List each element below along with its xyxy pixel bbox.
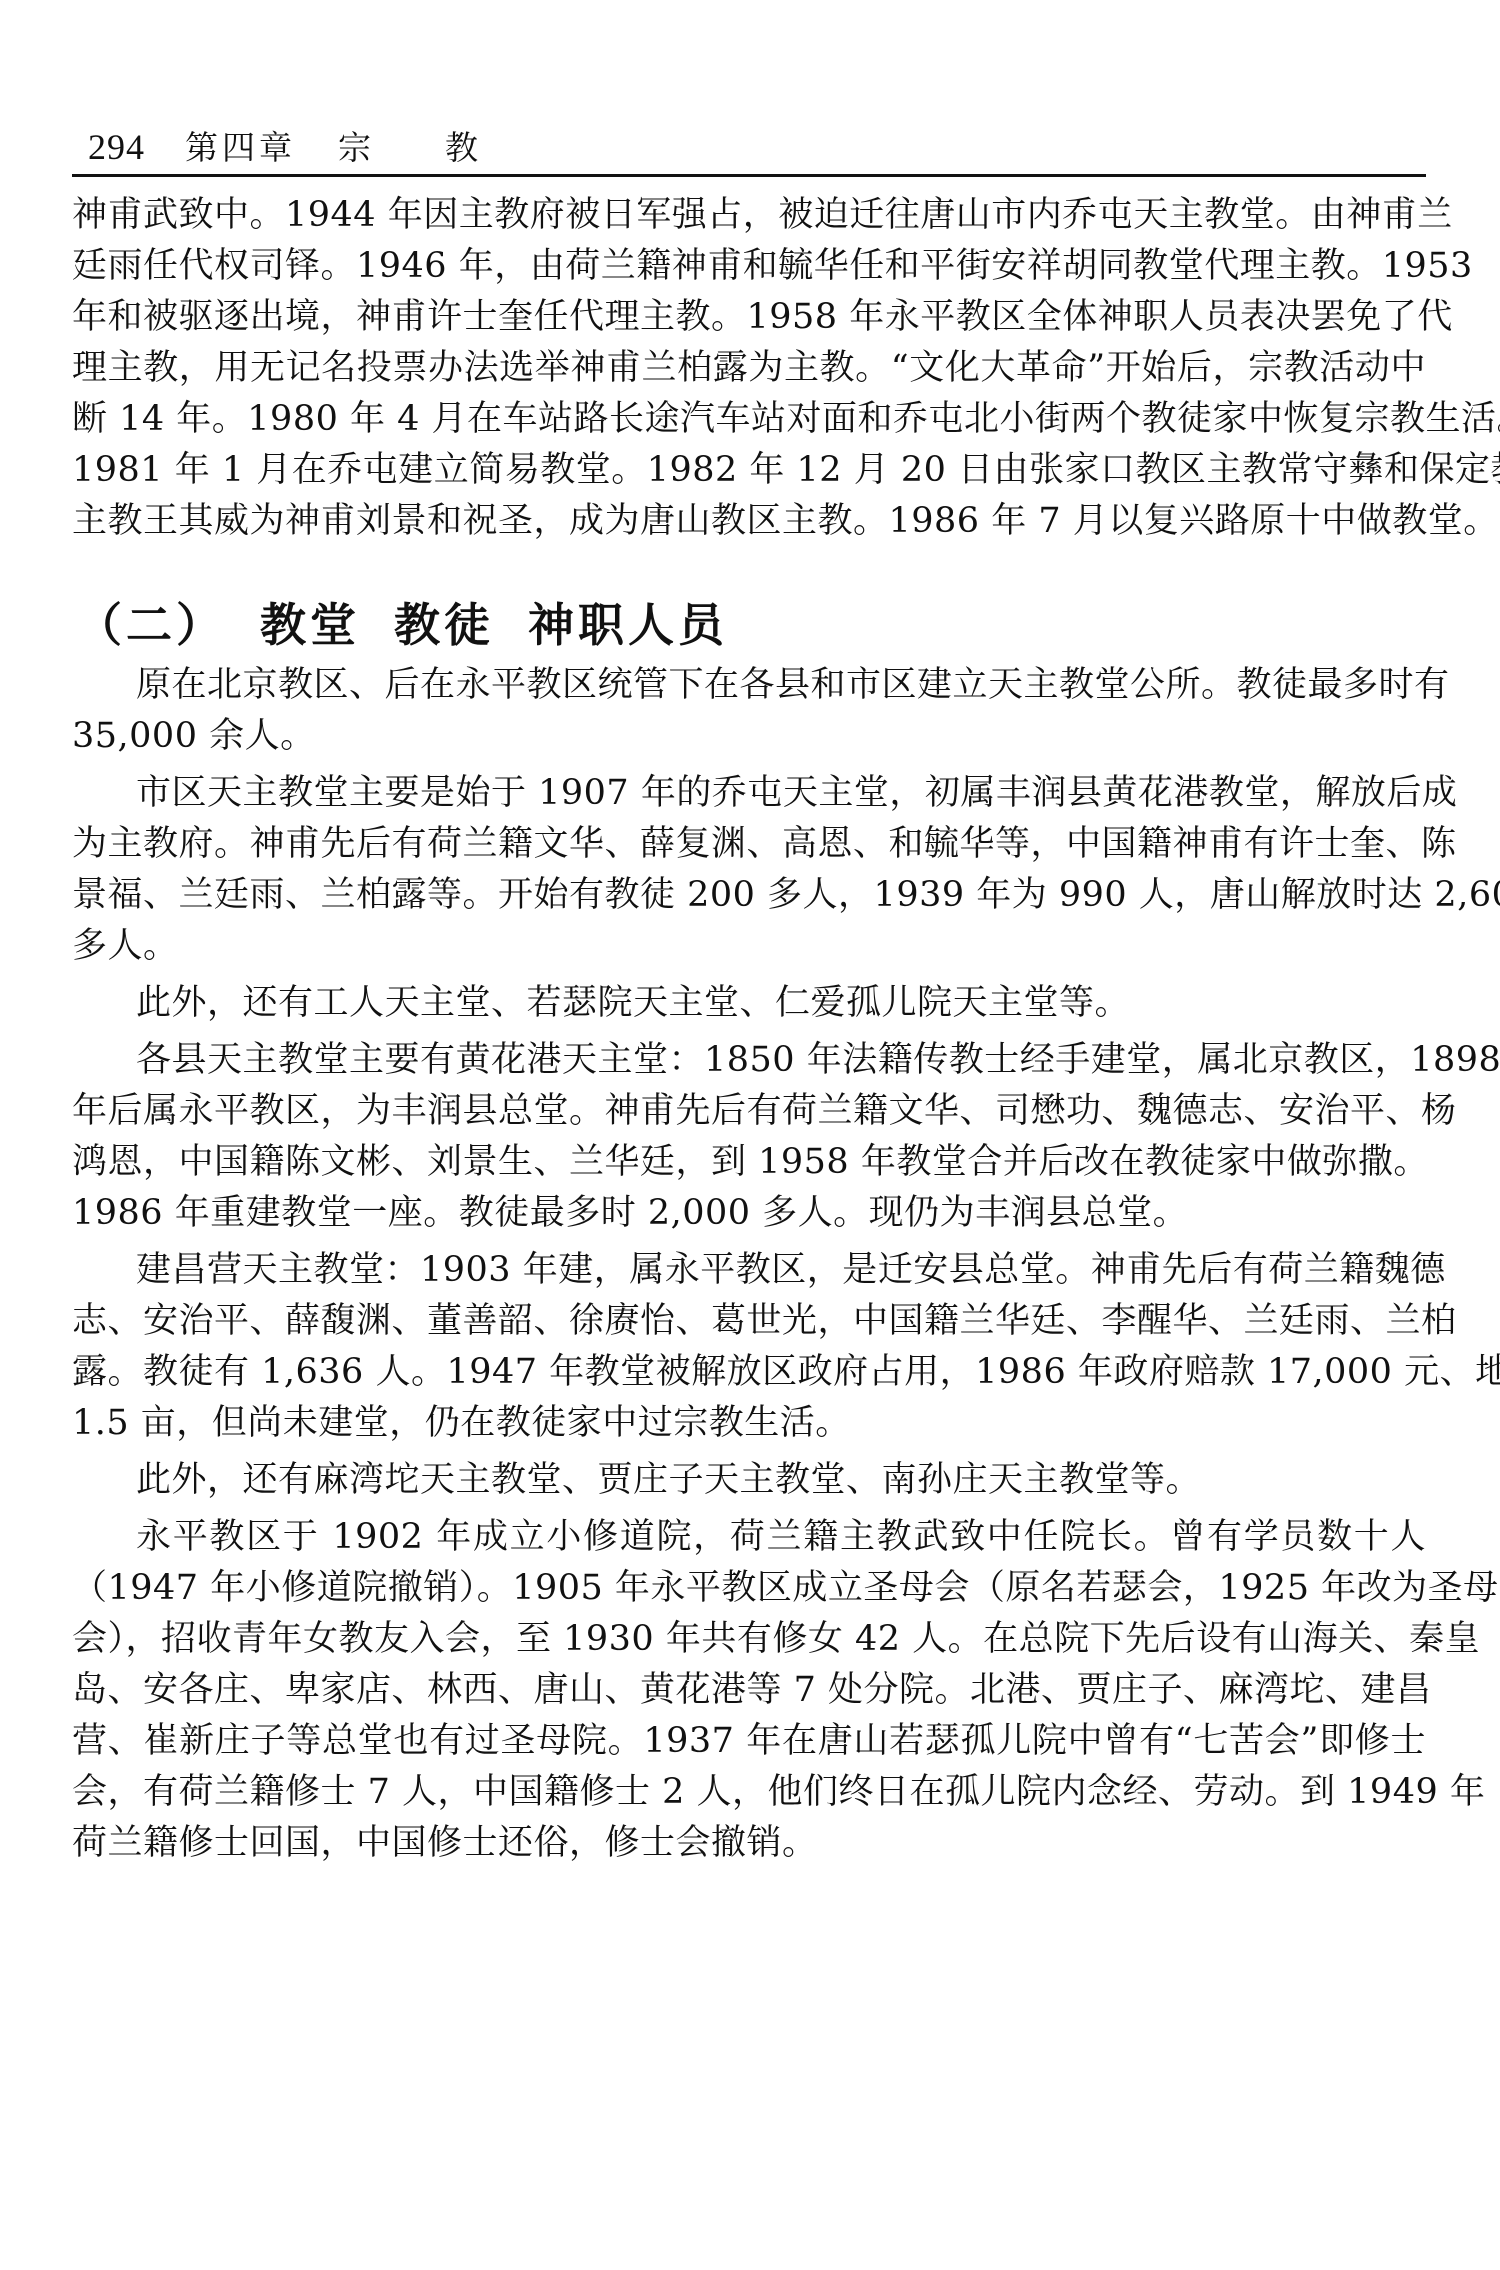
section-heading-part: 教徒 bbox=[394, 598, 494, 652]
text-line: 廷雨任代权司铎。1946 年，由荷兰籍神甫和毓华任和平街安祥胡同教堂代理主教。1… bbox=[72, 241, 1426, 292]
paragraph: 原在北京教区、后在永平教区统管下在各县和市区建立天主教堂公所。教徒最多时有 35… bbox=[72, 660, 1426, 762]
chapter-title-char-2: 教 bbox=[445, 122, 478, 169]
text-line: 年后属永平教区，为丰润县总堂。神甫先后有荷兰籍文华、司懋功、魏德志、安治平、杨 bbox=[72, 1086, 1426, 1137]
text-line: 神甫武致中。1944 年因主教府被日军强占，被迫迁往唐山市内乔屯天主教堂。由神甫… bbox=[72, 190, 1426, 241]
text-line: 原在北京教区、后在永平教区统管下在各县和市区建立天主教堂公所。教徒最多时有 bbox=[72, 660, 1426, 711]
text-line: 永平教区于 1902 年成立小修道院，荷兰籍主教武致中任院长。曾有学员数十人 bbox=[72, 1512, 1426, 1563]
text-line: 露。教徒有 1,636 人。1947 年教堂被解放区政府占用，1986 年政府赔… bbox=[72, 1347, 1426, 1398]
paragraph: 市区天主教堂主要是始于 1907 年的乔屯天主堂，初属丰润县黄花港教堂，解放后成… bbox=[72, 768, 1426, 972]
paragraph: 此外，还有工人天主堂、若瑟院天主堂、仁爱孤儿院天主堂等。 bbox=[72, 978, 1426, 1029]
text-line: 市区天主教堂主要是始于 1907 年的乔屯天主堂，初属丰润县黄花港教堂，解放后成 bbox=[72, 768, 1426, 819]
text-line: 会），招收青年女教友入会，至 1930 年共有修女 42 人。在总院下先后设有山… bbox=[72, 1614, 1426, 1665]
text-line: 志、安治平、薛馥渊、董善韶、徐赓怡、葛世光，中国籍兰华廷、李醒华、兰廷雨、兰柏 bbox=[72, 1296, 1426, 1347]
page-number: 294 bbox=[88, 126, 145, 168]
section-heading-part: 神职人员 bbox=[528, 598, 728, 652]
paragraph: 此外，还有麻湾坨天主教堂、贾庄子天主教堂、南孙庄天主教堂等。 bbox=[72, 1455, 1426, 1506]
intro-paragraph: 神甫武致中。1944 年因主教府被日军强占，被迫迁往唐山市内乔屯天主教堂。由神甫… bbox=[72, 190, 1426, 547]
text-line: 建昌营天主教堂：1903 年建，属永平教区，是迁安县总堂。神甫先后有荷兰籍魏德 bbox=[72, 1245, 1426, 1296]
header-rule bbox=[72, 174, 1426, 177]
chapter-title-char-1: 宗 bbox=[338, 122, 371, 169]
text-line: 35,000 余人。 bbox=[72, 711, 1426, 762]
text-line: 1.5 亩，但尚未建堂，仍在教徒家中过宗教生活。 bbox=[72, 1398, 1426, 1449]
section-heading: （二）教堂教徒神职人员 bbox=[76, 590, 762, 660]
text-line: 各县天主教堂主要有黄花港天主堂：1850 年法籍传教士经手建堂，属北京教区，18… bbox=[72, 1035, 1426, 1086]
text-line: 营、崔新庄子等总堂也有过圣母院。1937 年在唐山若瑟孤儿院中曾有“七苦会”即修… bbox=[72, 1716, 1426, 1767]
running-header: 294 第四章 宗 教 bbox=[88, 122, 478, 172]
text-line: 多人。 bbox=[72, 921, 1426, 972]
text-line: 年和被驱逐出境，神甫许士奎任代理主教。1958 年永平教区全体神职人员表决罢免了… bbox=[72, 292, 1426, 343]
paragraph: 永平教区于 1902 年成立小修道院，荷兰籍主教武致中任院长。曾有学员数十人 （… bbox=[72, 1512, 1426, 1869]
text-line: 主教王其威为神甫刘景和祝圣，成为唐山教区主教。1986 年 7 月以复兴路原十中… bbox=[72, 496, 1426, 547]
text-line: 景福、兰廷雨、兰柏露等。开始有教徒 200 多人，1939 年为 990 人，唐… bbox=[72, 870, 1426, 921]
text-line: 会，有荷兰籍修士 7 人，中国籍修士 2 人，他们终日在孤儿院内念经、劳动。到 … bbox=[72, 1767, 1426, 1818]
paragraph: 建昌营天主教堂：1903 年建，属永平教区，是迁安县总堂。神甫先后有荷兰籍魏德 … bbox=[72, 1245, 1426, 1449]
section-heading-number: （二） bbox=[76, 598, 226, 652]
text-line: 荷兰籍修士回国，中国修士还俗，修士会撤销。 bbox=[72, 1818, 1426, 1869]
text-line: （1947 年小修道院撤销）。1905 年永平教区成立圣母会（原名若瑟会，192… bbox=[72, 1563, 1426, 1614]
text-line: 理主教，用无记名投票办法选举神甫兰柏露为主教。“文化大革命”开始后，宗教活动中 bbox=[72, 343, 1426, 394]
body-paragraphs: 原在北京教区、后在永平教区统管下在各县和市区建立天主教堂公所。教徒最多时有 35… bbox=[72, 660, 1426, 1869]
text-line: 岛、安各庄、卑家店、林西、唐山、黄花港等 7 处分院。北港、贾庄子、麻湾坨、建昌 bbox=[72, 1665, 1426, 1716]
text-line: 为主教府。神甫先后有荷兰籍文华、薛复渊、高恩、和毓华等，中国籍神甫有许士奎、陈 bbox=[72, 819, 1426, 870]
text-line: 断 14 年。1980 年 4 月在车站路长途汽车站对面和乔屯北小街两个教徒家中… bbox=[72, 394, 1426, 445]
text-line: 此外，还有麻湾坨天主教堂、贾庄子天主教堂、南孙庄天主教堂等。 bbox=[72, 1455, 1426, 1506]
text-line: 1986 年重建教堂一座。教徒最多时 2,000 多人。现仍为丰润县总堂。 bbox=[72, 1188, 1426, 1239]
text-line: 此外，还有工人天主堂、若瑟院天主堂、仁爱孤儿院天主堂等。 bbox=[72, 978, 1426, 1029]
text-line: 1981 年 1 月在乔屯建立简易教堂。1982 年 12 月 20 日由张家口… bbox=[72, 445, 1426, 496]
text-line: 鸿恩，中国籍陈文彬、刘景生、兰华廷，到 1958 年教堂合并后改在教徒家中做弥撒… bbox=[72, 1137, 1426, 1188]
section-heading-part: 教堂 bbox=[260, 598, 360, 652]
paragraph: 各县天主教堂主要有黄花港天主堂：1850 年法籍传教士经手建堂，属北京教区，18… bbox=[72, 1035, 1426, 1239]
chapter-label: 第四章 bbox=[185, 122, 296, 169]
